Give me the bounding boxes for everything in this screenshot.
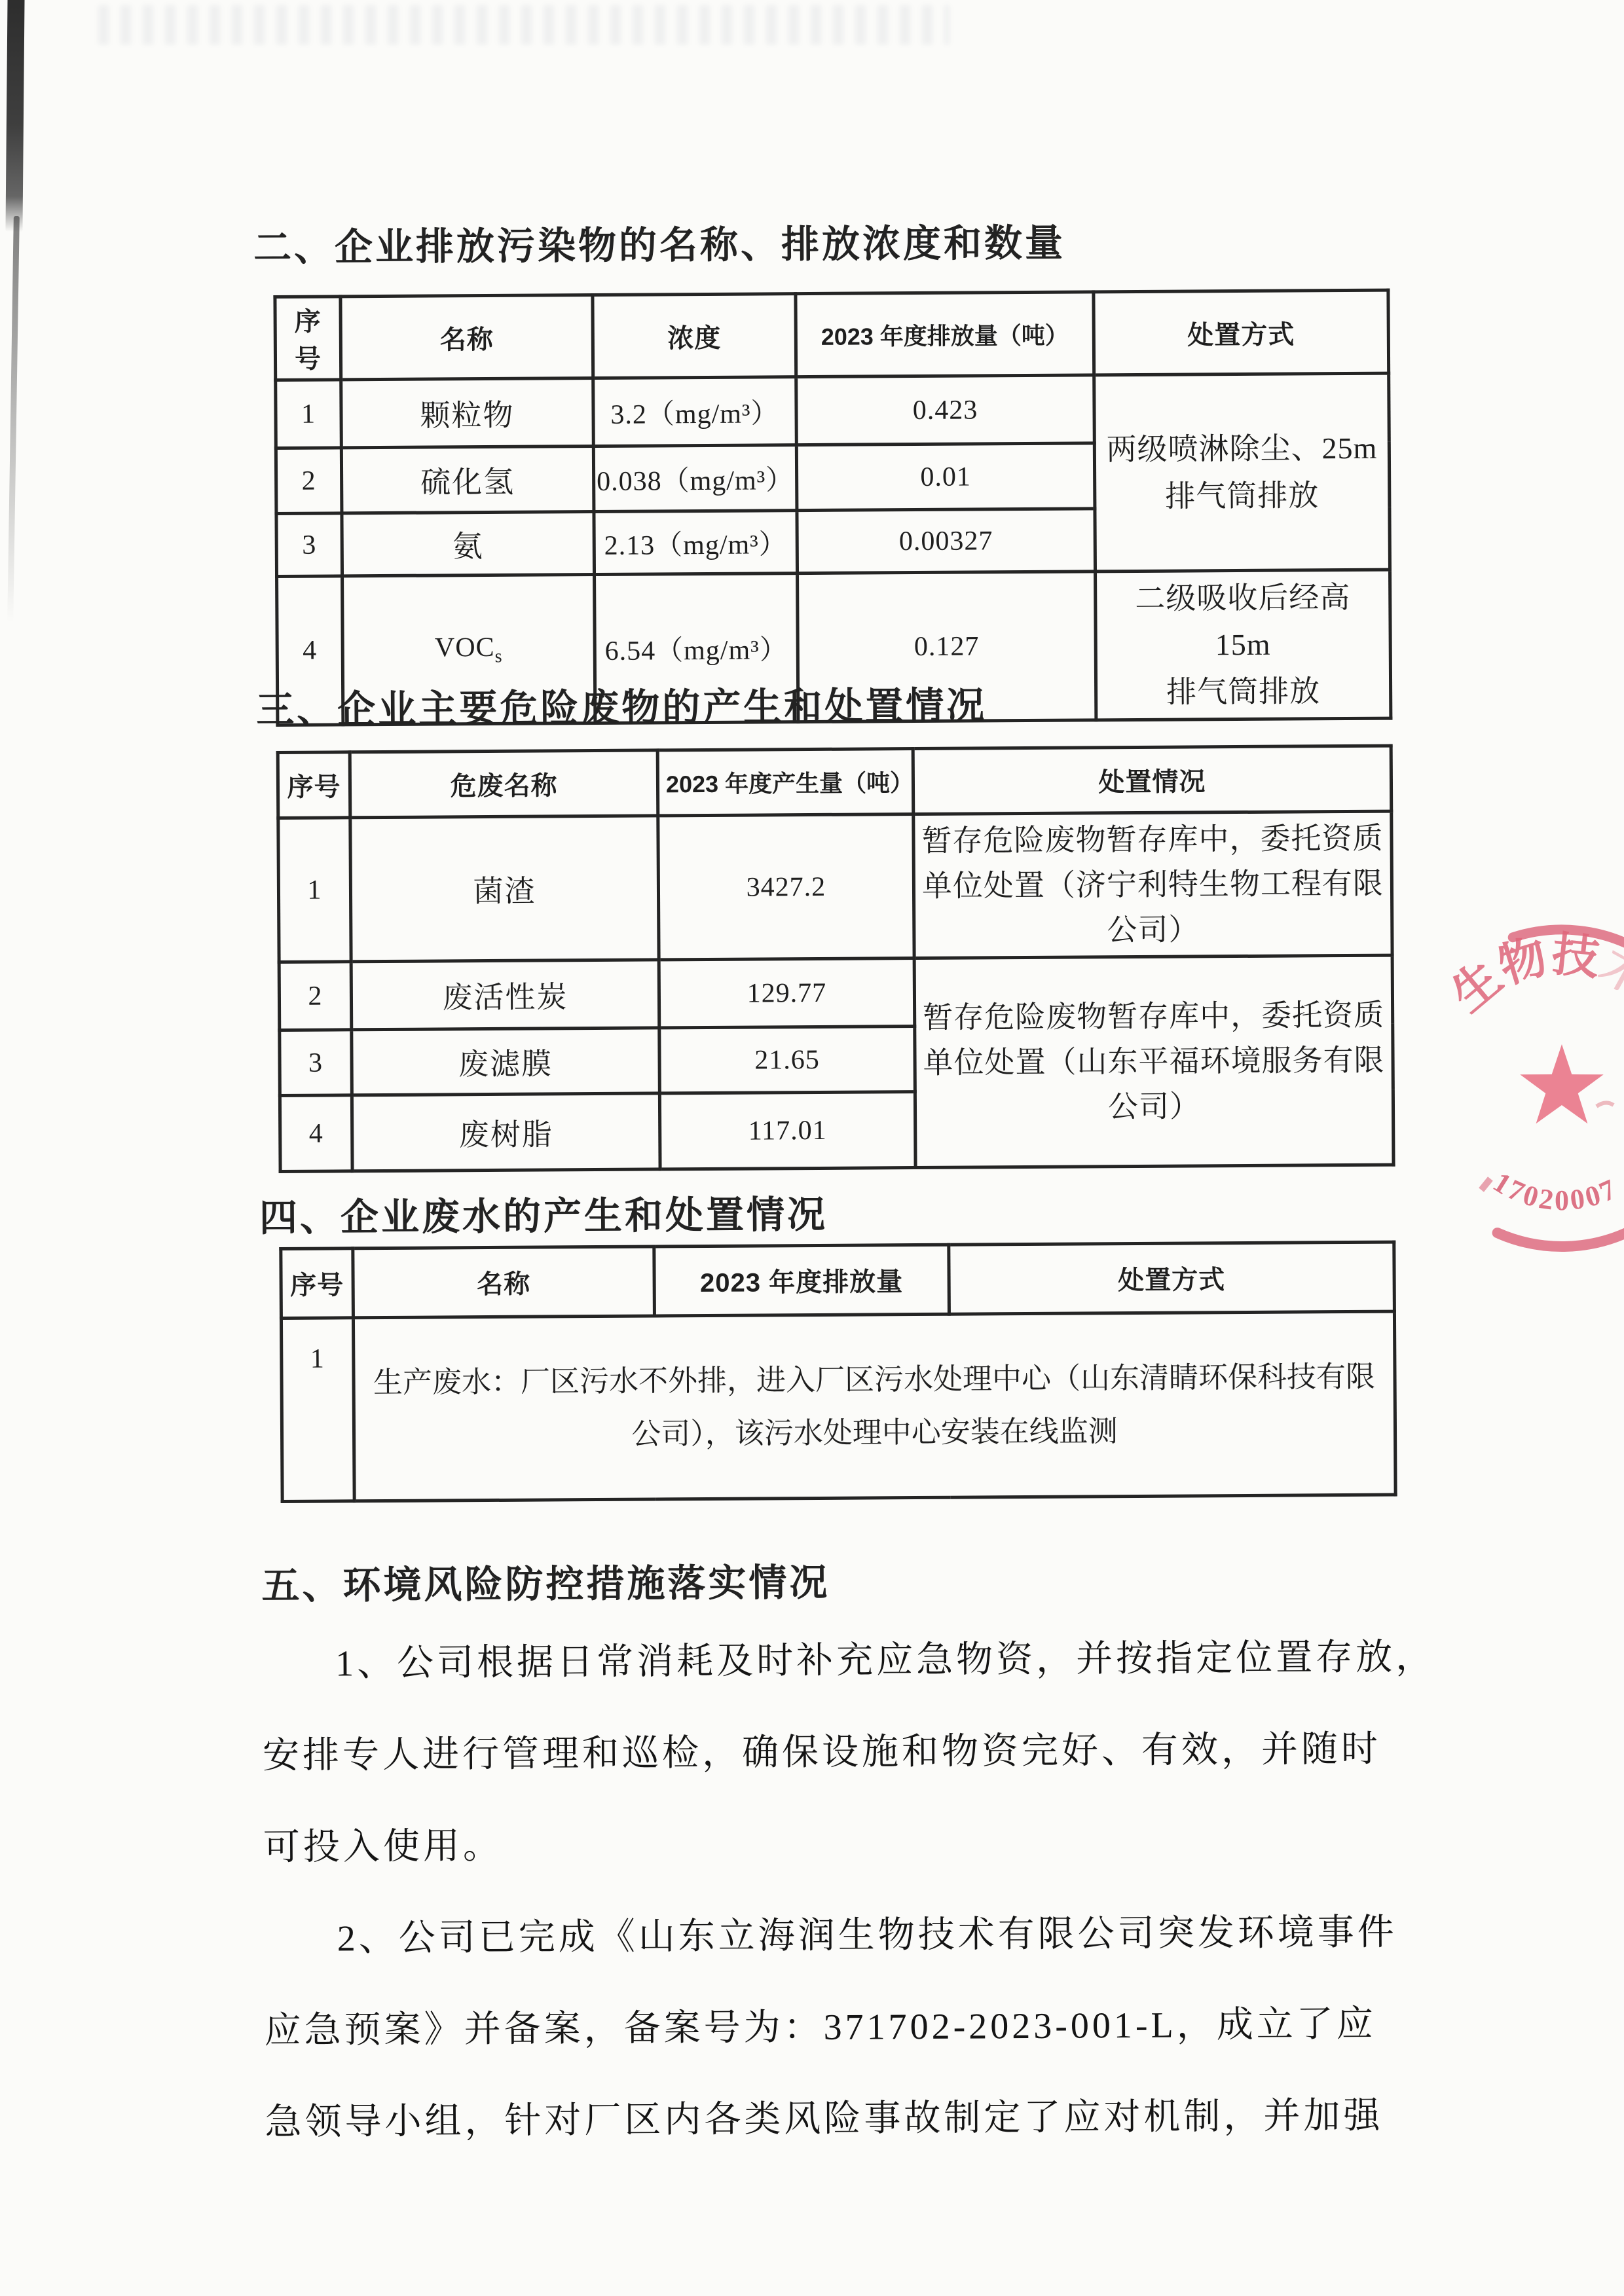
cell-no: 3: [276, 513, 342, 577]
cell-no: 1: [278, 818, 351, 962]
cell-disposal: 暂存危险废物暂存库中，委托资质单位处置（济宁利特生物工程有限公司）: [913, 811, 1392, 958]
cell-concentration: 2.13（mg/m³）: [594, 511, 798, 575]
paragraph2-line: 2、公司已完成《山东立海润生物技术有限公司突发环境事件: [263, 1883, 1443, 1982]
cell-concentration: 3.2（mg/m³）: [593, 377, 797, 446]
col-header-no: 序号: [278, 752, 350, 818]
hazardous-waste-table: 序号 危废名称 2023 年度产生量（吨） 处置情况 1 菌渣 3427.2 暂…: [276, 744, 1395, 1173]
cell-waste-name: 废树脂: [352, 1093, 660, 1171]
table-row: 1 菌渣 3427.2 暂存危险废物暂存库中，委托资质单位处置（济宁利特生物工程…: [278, 811, 1392, 962]
table-header-row: 序号 名称 2023 年度排放量 处置方式: [281, 1242, 1395, 1318]
cell-no: 3: [280, 1030, 352, 1096]
col-header-disposal: 处置方式: [1094, 290, 1389, 375]
section3-title: 三、企业主要危险废物的产生和处置情况: [256, 674, 987, 734]
wastewater-table: 序号 名称 2023 年度排放量 处置方式 1 生产废水：厂区污水不外排，进入厂…: [279, 1241, 1397, 1503]
table-row: 2 废活性炭 129.77 暂存危险废物暂存库中，委托资质单位处置（山东平福环境…: [279, 955, 1393, 1030]
cell-amount: 0.00327: [797, 509, 1096, 574]
col-header-waste-name: 危废名称: [350, 750, 658, 818]
section5-body: 1、公司根据日常消耗及时补充应急物资，并按指定位置存放， 安排专人进行管理和巡检…: [262, 1608, 1444, 2165]
seal-faint-mark: [1596, 1102, 1614, 1106]
cell-amount: 0.423: [796, 375, 1095, 445]
seal-serial-digit: 0: [1555, 1184, 1569, 1216]
seal-ring-bottom-arc: [1498, 1231, 1624, 1247]
col-header-amount: 2023 年度排放量: [654, 1245, 950, 1316]
paragraph2-line: 急领导小组，针对厂区内各类风险事故制定了应对机制，并加强: [265, 2066, 1444, 2165]
section4-title: 四、企业废水的产生和处置情况: [259, 1184, 828, 1242]
company-seal-stamp: 生 物 技 术 1 7 0 2 0 0 0 7: [1428, 877, 1624, 1257]
col-header-amount: 2023 年度排放量（吨）: [796, 292, 1094, 377]
paragraph1-line: 可投入使用。: [263, 1791, 1442, 1890]
cell-no: 1: [281, 1318, 354, 1502]
cell-pollutant-name: 氨: [342, 512, 595, 576]
pollutant-emissions-table: 序号 名称 浓度 2023 年度排放量（吨） 处置方式 1 颗粒物 3.2（mg…: [273, 289, 1392, 727]
table-header-row: 序号 名称 浓度 2023 年度排放量（吨） 处置方式: [275, 290, 1389, 380]
cell-waste-name: 菌渣: [350, 816, 659, 962]
cell-no: 2: [276, 448, 342, 514]
col-header-no: 序号: [275, 297, 341, 380]
cell-amount: 117.01: [659, 1092, 915, 1169]
cell-no: 2: [279, 962, 352, 1030]
cell-amount: 0.01: [796, 443, 1095, 511]
table-row: 1 生产废水：厂区污水不外排，进入厂区污水处理中心（山东清睛环保科技有限公司），…: [281, 1311, 1395, 1501]
document-content: 二、企业排放污染物的名称、排放浓度和数量 序号 名称 浓度 2023 年度排放量…: [0, 0, 1624, 2296]
vocs-subscript: s: [495, 646, 503, 666]
seal-star-icon: [1520, 1044, 1603, 1123]
cell-amount: 3427.2: [658, 814, 914, 960]
section5-title: 五、环境风险防控措施落实情况: [261, 1552, 830, 1610]
cell-no: 1: [276, 380, 342, 448]
section2-title: 二、企业排放污染物的名称、排放浓度和数量: [253, 212, 1066, 272]
cell-no: 4: [280, 1095, 352, 1172]
paragraph1-line: 安排专人进行管理和巡检，确保设施和物资完好、有效，并随时: [263, 1700, 1442, 1798]
scanned-document-page: 二、企业排放污染物的名称、排放浓度和数量 序号 名称 浓度 2023 年度排放量…: [0, 0, 1624, 2296]
cell-wastewater-description: 生产废水：厂区污水不外排，进入厂区污水处理中心（山东清睛环保科技有限公司），该污…: [353, 1311, 1395, 1501]
cell-amount: 129.77: [659, 958, 915, 1028]
col-header-concentration: 浓度: [593, 294, 796, 378]
cell-waste-name: 废活性炭: [351, 960, 659, 1030]
col-header-name: 名称: [341, 295, 593, 380]
col-header-no: 序号: [281, 1248, 354, 1319]
col-header-name: 名称: [353, 1247, 655, 1318]
col-header-disposal: 处置方式: [949, 1242, 1395, 1314]
cell-disposal-merged: 暂存危险废物暂存库中，委托资质单位处置（山东平福环境服务有限公司）: [914, 955, 1393, 1167]
cell-waste-name: 废滤膜: [352, 1028, 660, 1095]
col-header-disposal: 处置情况: [913, 746, 1392, 814]
cell-amount: 21.65: [659, 1027, 915, 1093]
vocs-label: VOC: [435, 632, 495, 663]
cell-pollutant-name: 颗粒物: [341, 378, 594, 448]
table-header-row: 序号 危废名称 2023 年度产生量（吨） 处置情况: [278, 746, 1392, 818]
cell-disposal: 二级吸收后经高 15m 排气筒排放: [1096, 570, 1391, 720]
cell-concentration: 0.038（mg/m³）: [593, 445, 797, 512]
cell-disposal-merged: 两级喷淋除尘、25m 排气筒排放: [1094, 373, 1390, 572]
paragraph2-line: 应急预案》并备案，备案号为：371702-2023-001-L，成立了应: [264, 1975, 1443, 2073]
col-header-amount: 2023 年度产生量（吨）: [657, 749, 913, 816]
cell-pollutant-name: 硫化氢: [341, 446, 594, 513]
seal-arc-char: 技: [1549, 928, 1602, 985]
paragraph1-line: 1、公司根据日常消耗及时补充应急物资，并按指定位置存放，: [262, 1608, 1441, 1707]
table-row: 1 颗粒物 3.2（mg/m³） 0.423 两级喷淋除尘、25m 排气筒排放: [276, 373, 1390, 448]
